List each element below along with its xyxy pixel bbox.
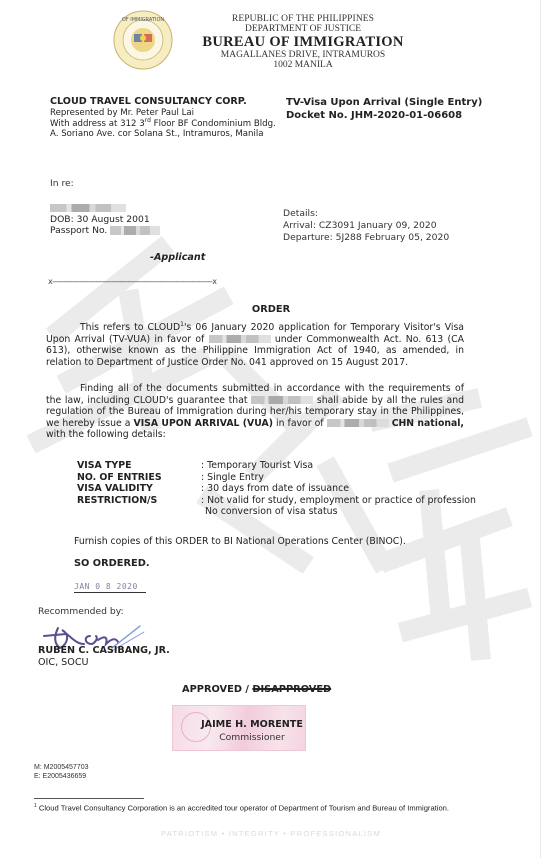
officer-title: OIC, SOCU (38, 657, 170, 669)
furnish-copies-text: Furnish copies of this ORDER to BI Natio… (74, 536, 406, 547)
visa-type-heading: TV-Visa Upon Arrival (Single Entry) (286, 96, 482, 109)
applicant-passport: Passport No. (50, 225, 160, 237)
redacted-name (50, 204, 126, 212)
footnote-text: Cloud Travel Consultancy Corporation is … (37, 804, 449, 813)
applicant-label: -Applicant (150, 252, 205, 263)
letterhead-department: DEPARTMENT OF JUSTICE (188, 24, 418, 34)
visa-detail-key: VISA TYPE (77, 460, 201, 472)
bureau-seal-icon: OF IMMIGRATION (113, 10, 173, 70)
visa-detail-row: RESTRICTION/S : Not valid for study, emp… (77, 495, 501, 507)
visa-detail-key: VISA VALIDITY (77, 483, 201, 495)
visa-detail-value: : Not valid for study, employment or pra… (201, 495, 501, 507)
commissioner-name: JAIME H. MORENTE (173, 719, 305, 730)
date-stamp: JAN 0 8 2020 (74, 582, 146, 593)
approval-separator: / (242, 684, 252, 695)
applicant-block: DOB: 30 August 2001 Passport No. (50, 202, 160, 237)
svg-text:OF IMMIGRATION: OF IMMIGRATION (122, 17, 165, 23)
departure-detail: Departure: 5J288 February 05, 2020 (283, 232, 449, 244)
passport-label: Passport No. (50, 225, 107, 236)
letterhead-city: 1002 MANILA (188, 60, 418, 70)
m-code: M: M2005457703 (34, 764, 88, 773)
company-address-2: A. Soriano Ave. cor Solana St., Intramur… (50, 129, 276, 140)
approved-label: APPROVED (182, 684, 242, 695)
docket-number: Docket No. JHM-2020-01-06608 (286, 109, 482, 122)
order-paragraph-2: Finding all of the documents submitted i… (46, 383, 464, 441)
nationality: CHN national, (392, 418, 464, 429)
footnote: 1 Cloud Travel Consultancy Corporation i… (34, 802, 464, 813)
redacted-passport-number (110, 226, 160, 235)
address-text-cont: Floor BF Condominium Bldg. (151, 119, 276, 129)
company-name: CLOUD TRAVEL CONSULTANCY CORP. (50, 96, 276, 108)
letterhead: REPUBLIC OF THE PHILIPPINES DEPARTMENT O… (188, 14, 418, 70)
p2-text-d: with the following details: (46, 429, 166, 440)
disapproved-struck-label: DISAPPROVED (252, 684, 331, 695)
representative: Represented by Mr. Peter Paul Lai (50, 108, 276, 119)
p1-text: This refers to CLOUD (80, 322, 180, 333)
recommending-officer: RUBEN C. CASIBANG, JR. OIC, SOCU (38, 645, 170, 668)
visa-detail-value: : 30 days from date of issuance (201, 483, 501, 495)
redacted-name (251, 396, 313, 404)
arrival-detail: Arrival: CZ3091 January 09, 2020 (283, 220, 449, 232)
visa-details-table: VISA TYPE : Temporary Tourist Visa NO. O… (77, 460, 501, 518)
footnote-divider (34, 798, 144, 799)
p2-text-c: in favor of (276, 418, 324, 429)
order-paragraph-1: This refers to CLOUD1's 06 January 2020 … (46, 322, 464, 368)
approval-status: APPROVED / DISAPPROVED (182, 684, 331, 695)
company-address: With address at 312 3rd Floor BF Condomi… (50, 119, 276, 130)
visa-detail-row: VISA VALIDITY : 30 days from date of iss… (77, 483, 501, 495)
visa-detail-row: VISA TYPE : Temporary Tourist Visa (77, 460, 501, 472)
docket-block: TV-Visa Upon Arrival (Single Entry) Dock… (286, 96, 482, 122)
redacted-name (327, 419, 389, 427)
so-ordered: SO ORDERED. (74, 558, 150, 569)
letterhead-agency: BUREAU OF IMMIGRATION (188, 34, 418, 50)
restriction-continued: No conversion of visa status (77, 506, 501, 518)
applicant-dob: DOB: 30 August 2001 (50, 214, 160, 226)
commissioner-title: Commissioner (173, 732, 305, 743)
commissioner-stamp: JAIME H. MORENTE Commissioner (172, 705, 306, 751)
e-code: E: E2005436659 (34, 773, 88, 782)
reference-codes: M: M2005457703 E: E2005436659 (34, 764, 88, 782)
address-text: With address at 312 3 (50, 119, 145, 129)
vua-label: VISA UPON ARRIVAL (VUA) (134, 418, 273, 429)
visa-detail-key: RESTRICTION/S (77, 495, 201, 507)
letterhead-republic: REPUBLIC OF THE PHILIPPINES (188, 14, 418, 24)
visa-detail-value: : Single Entry (201, 472, 501, 484)
order-title: ORDER (0, 304, 542, 315)
footer-motto: PATRIOTISM • INTEGRITY • PROFESSIONALISM (0, 829, 542, 838)
document-page: OF IMMIGRATION REPUBLIC OF THE PHILIPPIN… (0, 0, 542, 858)
in-re-label: In re: (50, 178, 74, 189)
officer-name: RUBEN C. CASIBANG, JR. (38, 645, 170, 657)
separator-line: x---------------------------------------… (48, 277, 216, 286)
petitioner-block: CLOUD TRAVEL CONSULTANCY CORP. Represent… (50, 96, 276, 140)
visa-detail-row: NO. OF ENTRIES : Single Entry (77, 472, 501, 484)
redacted-name (209, 335, 271, 343)
scan-edge (540, 0, 541, 858)
visa-detail-value: : Temporary Tourist Visa (201, 460, 501, 472)
letterhead-address: MAGALLANES DRIVE, INTRAMUROS (188, 50, 418, 60)
travel-details: Details: Arrival: CZ3091 January 09, 202… (283, 208, 449, 245)
visa-detail-key: NO. OF ENTRIES (77, 472, 201, 484)
details-heading: Details: (283, 208, 449, 220)
